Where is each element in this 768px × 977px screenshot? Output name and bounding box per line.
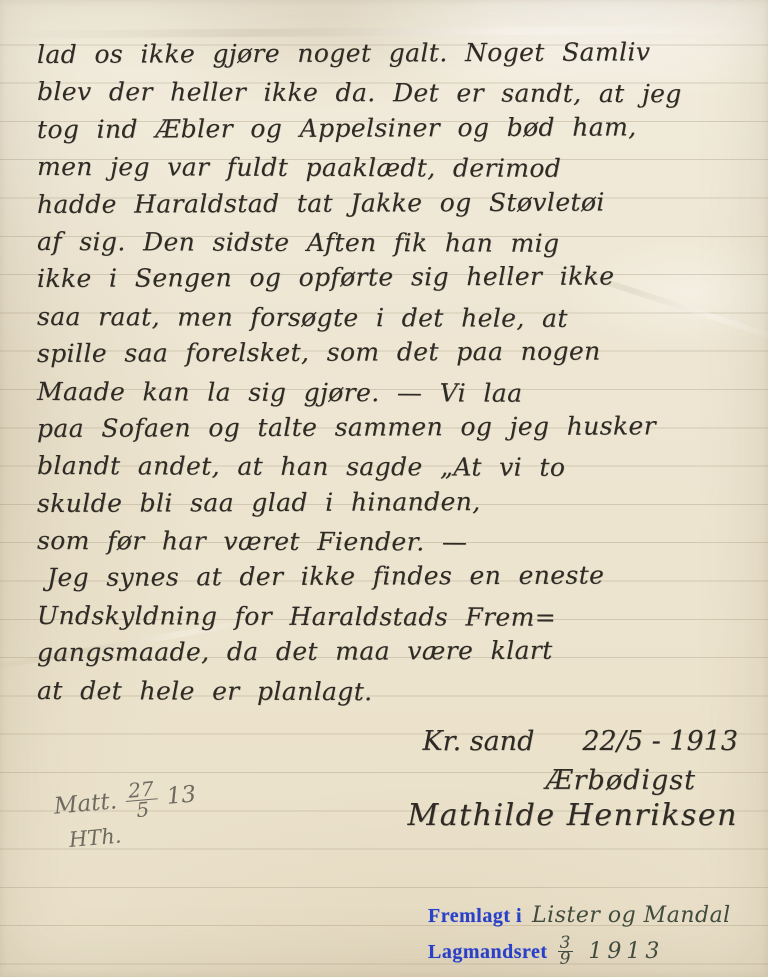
dateline-place: Kr. sand [422,726,534,757]
stamp-handwritten-date: 3 9 1913 [558,936,665,968]
signoff-block: Kr. sand22/5 - 1913 Ærbødigst Mathilde H… [408,726,739,833]
stamp-handwritten-court: Lister og Mandal [532,903,731,928]
signature: Mathilde Henriksen [408,798,739,833]
handwriting-line: skulde bli saa glad i hinanden, [37,486,754,527]
handwriting-line: blev der heller ikke da. Det er sandt, a… [37,77,754,117]
handwriting-line: men jeg var fuldt paaklædt, derimod [37,152,754,192]
stamp-row-1: Fremlagt i Lister og Mandal [428,903,731,936]
stamp-text-lagmandsret: Lagmandsret [428,941,548,964]
stamp-date-fraction: 3 9 [558,936,573,968]
handwriting-line: gangsmaade, da det maa være klart [37,635,754,676]
handwriting-line: paa Sofaen og talte sammen og jeg husker [37,411,754,452]
dateline: Kr. sand22/5 - 1913 [408,726,739,757]
handwriting-line: at det hele er planlagt. [37,676,754,716]
handwriting-line: tog ind Æbler og Appelsiner og bød ham, [37,112,754,153]
handwriting-line: Jeg synes at der ikke findes en eneste [37,560,754,601]
dateline-date: 22/5 - 1913 [582,726,738,757]
handwriting-line: blandt andet, at han sagde „At vi to [37,451,754,491]
handwriting-line: ikke i Sengen og opførte sig heller ikke [37,261,754,302]
letter-body: lad os ikke gjøre noget galt. Noget Saml… [37,40,754,713]
letter-page: lad os ikke gjøre noget galt. Noget Saml… [0,0,768,977]
handwriting-line: lad os ikke gjøre noget galt. Noget Saml… [37,37,754,78]
margin-note-prefix: Matt. [53,788,118,819]
stamp-text-fremlagt: Fremlagt i [428,905,522,928]
court-stamp: Fremlagt i Lister og Mandal Lagmandsret … [428,903,731,969]
stamp-date-year: 1913 [588,939,664,964]
margin-note: Matt. 27 5 13 HTh. [52,776,200,853]
stamp-row-2: Lagmandsret 3 9 1913 [428,936,731,969]
margin-note-year: 13 [166,781,197,809]
handwriting-line: hadde Haraldstad tat Jakke og Støvletøi [37,186,754,227]
handwriting-line: spille saa forelsket, som det paa nogen [37,336,754,377]
margin-note-fraction: 27 5 [125,779,160,821]
closing: Ærbødigst [408,765,739,796]
